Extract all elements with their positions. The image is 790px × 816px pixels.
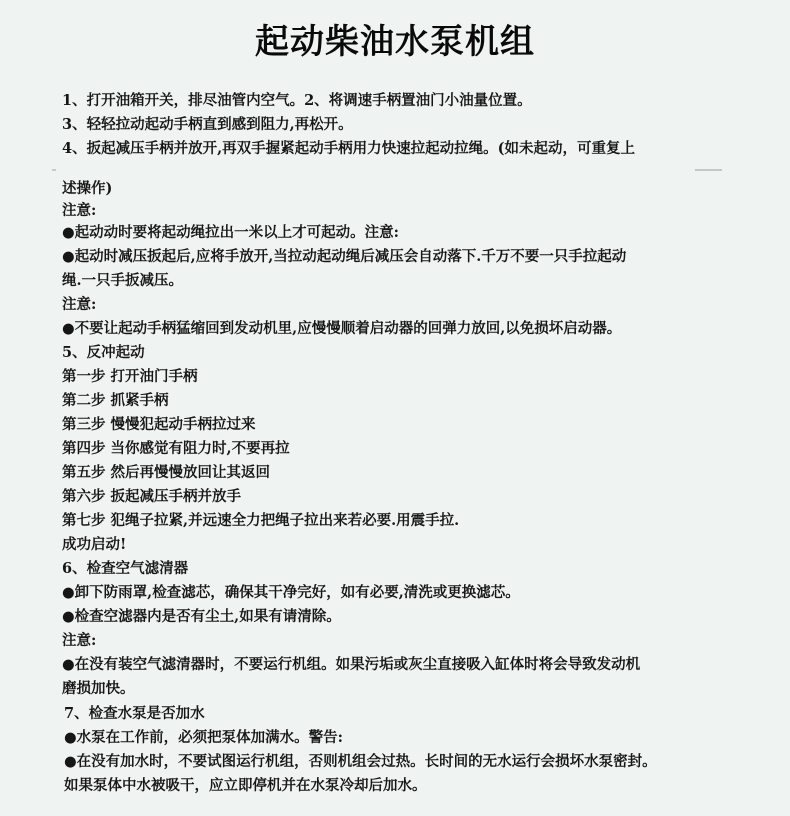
bullet-note: ●水泵在工作前，必须把泵体加满水。警告: [64, 729, 343, 747]
step-1-2: 1、打开油箱开关，排尽油管内空气。2、将调速手柄置油门小油量位置。 [62, 92, 532, 110]
bullet-note: ●不要让起动手柄猛缩回到发动机里,应慢慢顺着启动器的回弹力放回,以免损坏启动器。 [62, 320, 621, 338]
recoil-step: 第七步 犯绳子拉紧,并远速全力把绳子拉出来若必要.用震手拉. [62, 512, 459, 530]
note-heading: 注意: [62, 632, 96, 650]
step-3: 3、轻轻拉动起动手柄直到感到阻力,再松开。 [62, 116, 353, 134]
recoil-step: 第五步 然后再慢慢放回让其返回 [62, 464, 270, 482]
note-heading: 注意: [62, 202, 96, 220]
recoil-step: 第三步 慢慢犯起动手柄拉过来 [62, 416, 256, 434]
section-5-heading: 5、反冲起动 [62, 344, 145, 362]
section-7-heading: 7、检查水泵是否加水 [64, 705, 205, 723]
bullet-note: ●在没有装空气滤清器时，不要运行机组。如果污垢或灰尘直接吸入缸体时将会导致发动机 [62, 656, 640, 674]
bullet-note-cont: 磨损加快。 [62, 680, 135, 698]
bullet-note: ●卸下防雨罩,检查滤芯，确保其干净完好，如有必要,清洗或更换滤芯。 [62, 584, 520, 602]
step-4: 4、扳起减压手柄并放开,再双手握紧起动手柄用力快速拉起动拉绳。(如未起动，可重复… [62, 140, 635, 158]
success-line: 成功启动! [62, 536, 126, 554]
section-6-heading: 6、检查空气滤清器 [62, 560, 188, 578]
recoil-step: 第四步 当你感觉有阻力时,不要再拉 [62, 440, 290, 458]
step-4-cont: 述操作) [62, 180, 112, 198]
recoil-step: 第一步 打开油门手柄 [62, 368, 198, 386]
recoil-step: 第六步 扳起减压手柄并放手 [62, 488, 241, 506]
document-title: 起动柴油水泵机组 [0, 14, 790, 63]
page-divider-left [52, 169, 56, 171]
page-divider-right [695, 169, 722, 171]
bullet-note-cont: 如果泵体中水被吸干，应立即停机并在水泵冷却后加水。 [64, 777, 427, 795]
note-heading: 注意: [62, 296, 96, 314]
bullet-note: ●在没有加水时，不要试图运行机组，否则机组会过热。长时间的无水运行会损坏水泵密封… [64, 753, 657, 771]
bullet-note: ●检查空滤器内是否有尘土,如果有请清除。 [62, 608, 341, 626]
recoil-step: 第二步 抓紧手柄 [62, 392, 169, 410]
bullet-note: ●起动时减压扳起后,应将手放开,当拉动起动绳后减压会自动落下.千万不要一只手拉起… [62, 248, 626, 266]
bullet-note: ●起动动时要将起动绳拉出一米以上才可起动。注意: [62, 224, 399, 242]
bullet-note-cont: 绳.一只手扳减压。 [62, 272, 183, 290]
